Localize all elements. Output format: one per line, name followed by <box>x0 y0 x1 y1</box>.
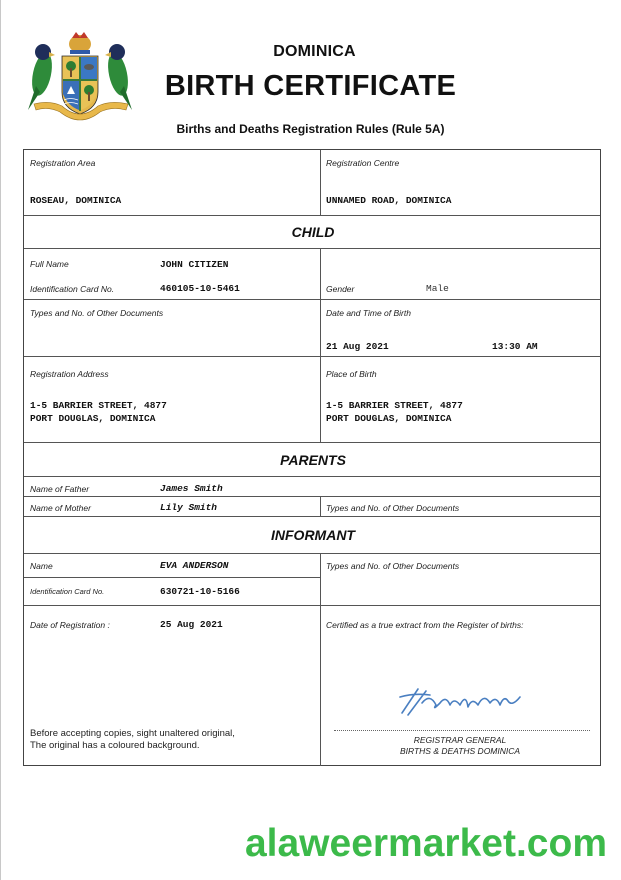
row-divider <box>24 553 600 554</box>
informant-id-value: 630721-10-5166 <box>160 586 240 597</box>
row-divider <box>24 516 600 517</box>
row-divider <box>24 476 600 477</box>
child-gender-label: Gender <box>326 284 354 294</box>
child-other-docs-label: Types and No. of Other Documents <box>30 308 163 318</box>
row-divider <box>24 248 600 249</box>
row-divider <box>24 605 600 606</box>
informant-name-label: Name <box>30 561 53 571</box>
parents-other-docs-label: Types and No. of Other Documents <box>326 503 459 513</box>
signature-line <box>334 730 590 731</box>
informant-section-title: INFORMANT <box>24 527 602 543</box>
registration-date-value: 25 Aug 2021 <box>160 619 223 630</box>
child-id-label: Identification Card No. <box>30 284 114 294</box>
registrar-line1: REGISTRAR GENERAL <box>320 735 600 746</box>
registration-area-value: ROSEAU, DOMINICA <box>30 195 121 206</box>
row-divider <box>24 215 600 216</box>
row-divider <box>24 577 320 578</box>
child-gender-value: Male <box>426 283 449 294</box>
watermark-text: alaweermarket.com <box>0 822 621 866</box>
row-divider <box>24 496 600 497</box>
child-dob-label: Date and Time of Birth <box>326 308 411 318</box>
registration-centre-value: UNNAMED ROAD, DOMINICA <box>326 195 451 206</box>
certificate-table: Registration Area ROSEAU, DOMINICA Regis… <box>23 149 601 766</box>
mother-name-label: Name of Mother <box>30 503 91 513</box>
child-address-line2: PORT DOUGLAS, DOMINICA <box>30 413 155 424</box>
child-pob-line1: 1-5 BARRIER STREET, 4877 <box>326 400 463 411</box>
column-divider <box>320 150 321 215</box>
copy-notice-line1: Before accepting copies, sight unaltered… <box>30 728 235 740</box>
row-divider <box>24 299 600 300</box>
row-divider <box>24 442 600 443</box>
certified-label: Certified as a true extract from the Reg… <box>326 620 523 630</box>
child-dob-date: 21 Aug 2021 <box>326 341 389 352</box>
column-divider <box>320 248 321 442</box>
child-id-value: 460105-10-5461 <box>160 283 240 294</box>
informant-other-docs-label: Types and No. of Other Documents <box>326 561 459 571</box>
child-section-title: CHILD <box>24 224 602 240</box>
country-heading: DOMINICA <box>0 43 621 61</box>
father-name-label: Name of Father <box>30 484 89 494</box>
registrar-line2: BIRTHS & DEATHS DOMINICA <box>320 746 600 757</box>
child-pob-line2: PORT DOUGLAS, DOMINICA <box>326 413 451 424</box>
parents-section-title: PARENTS <box>24 452 602 468</box>
row-divider <box>24 356 600 357</box>
column-divider <box>320 496 321 516</box>
registrar-title: REGISTRAR GENERAL BIRTHS & DEATHS DOMINI… <box>320 735 600 757</box>
registrar-signature-icon <box>396 683 526 719</box>
copy-notice-line2: The original has a coloured background. <box>30 740 200 752</box>
child-dob-time: 13:30 AM <box>492 341 538 352</box>
informant-name-value: EVA ANDERSON <box>160 560 228 571</box>
child-address-label: Registration Address <box>30 369 109 379</box>
mother-name-value: Lily Smith <box>160 502 217 513</box>
document-title: BIRTH CERTIFICATE <box>0 70 621 103</box>
child-full-name-label: Full Name <box>30 259 69 269</box>
child-address-line1: 1-5 BARRIER STREET, 4877 <box>30 400 167 411</box>
registration-area-label: Registration Area <box>30 158 95 168</box>
child-full-name-value: JOHN CITIZEN <box>160 259 228 270</box>
document-subtitle: Births and Deaths Registration Rules (Ru… <box>0 122 621 136</box>
child-pob-label: Place of Birth <box>326 369 377 379</box>
informant-id-label: Identification Card No. <box>30 587 104 596</box>
registration-date-label: Date of Registration : <box>30 620 110 630</box>
registration-centre-label: Registration Centre <box>326 158 399 168</box>
father-name-value: James Smith <box>160 483 223 494</box>
